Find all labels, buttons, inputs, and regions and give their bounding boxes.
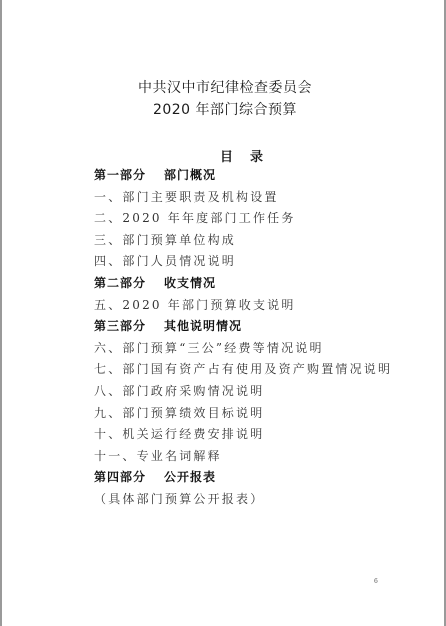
toc-part-label: 公开报表 <box>164 470 216 484</box>
toc-part-label: 收支情况 <box>164 276 216 290</box>
toc-item: 二、2020 年年度部门工作任务 <box>94 208 434 230</box>
toc-item: 五、2020 年部门预算收支说明 <box>94 295 434 317</box>
document-page: 中共汉中市纪律检查委员会 2020 年部门综合预算 目 录 第一部分部门概况 一… <box>0 0 446 626</box>
page-number: 6 <box>374 578 378 585</box>
toc-item: 一、部门主要职责及机构设置 <box>94 187 434 209</box>
toc-part-label: 其他说明情况 <box>164 319 242 333</box>
toc-part-label: 部门概况 <box>164 168 216 182</box>
toc-part-number: 第四部分 <box>94 467 164 489</box>
toc-item: 八、部门政府采购情况说明 <box>94 381 434 403</box>
toc-item: 四、部门人员情况说明 <box>94 251 434 273</box>
toc-item: 九、部门预算绩效目标说明 <box>94 403 434 425</box>
toc-item: 十、机关运行经费安排说明 <box>94 424 434 446</box>
document-title-budget: 2020 年部门综合预算 <box>2 99 446 119</box>
document-title-organization: 中共汉中市纪律检查委员会 <box>2 77 446 97</box>
toc-part-4: 第四部分公开报表 <box>94 467 434 489</box>
toc-item: 十一、专业名词解释 <box>94 446 434 468</box>
toc-item: （具体部门预算公开报表） <box>94 489 434 511</box>
toc-part-number: 第三部分 <box>94 316 164 338</box>
toc-part-3: 第三部分其他说明情况 <box>94 316 434 338</box>
toc-part-2: 第二部分收支情况 <box>94 273 434 295</box>
toc-part-1: 第一部分部门概况 <box>94 165 434 187</box>
table-of-contents: 第一部分部门概况 一、部门主要职责及机构设置 二、2020 年年度部门工作任务 … <box>94 165 434 511</box>
toc-part-number: 第一部分 <box>94 165 164 187</box>
toc-item: 七、部门国有资产占有使用及资产购置情况说明 <box>94 359 434 381</box>
toc-part-number: 第二部分 <box>94 273 164 295</box>
toc-item: 六、部门预算“三公”经费等情况说明 <box>94 338 434 360</box>
toc-heading: 目 录 <box>220 146 265 165</box>
toc-item: 三、部门预算单位构成 <box>94 230 434 252</box>
